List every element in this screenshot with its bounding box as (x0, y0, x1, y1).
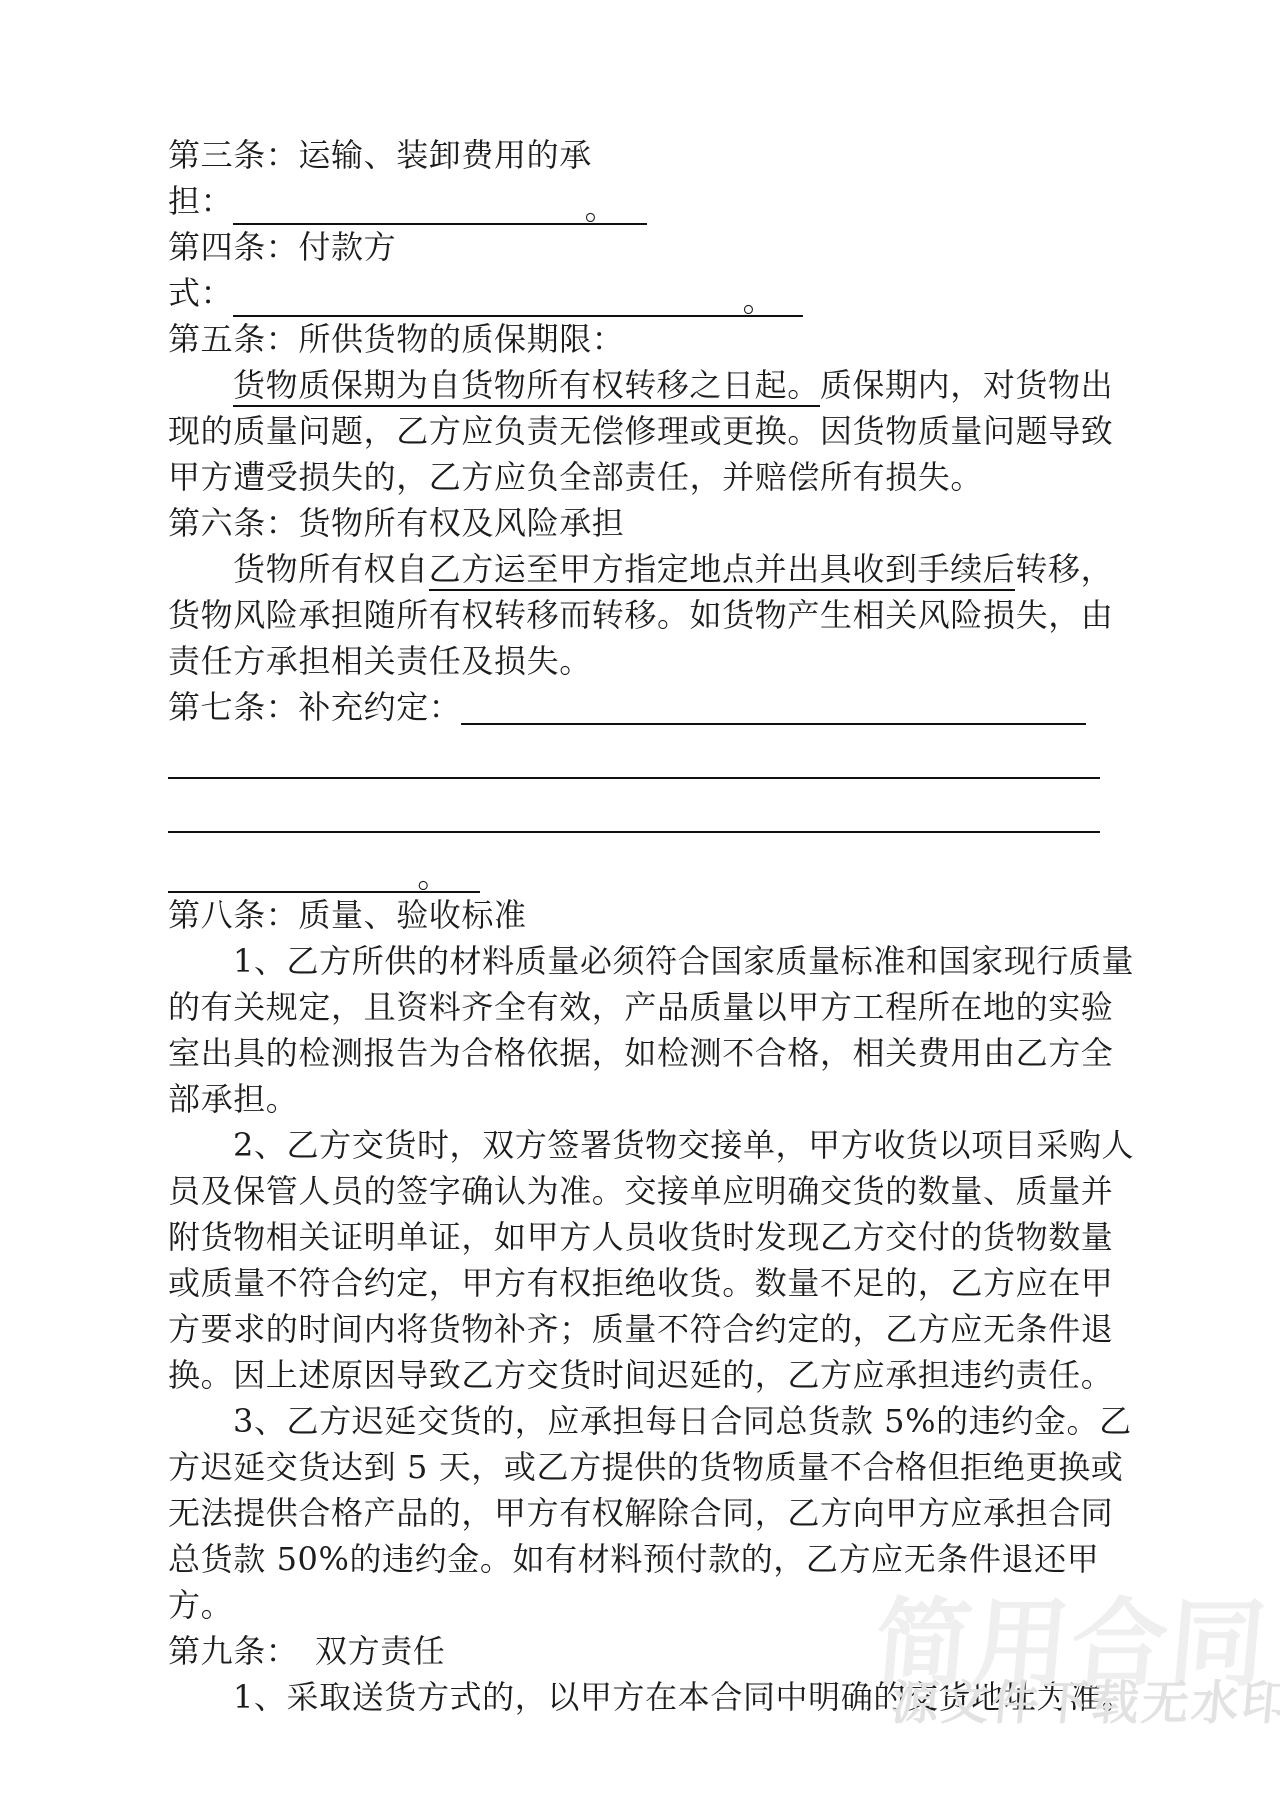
document-line (168, 792, 1118, 838)
document-line: 第五条：所供货物的质保期限： (168, 316, 1118, 362)
text-run: 3、乙方迟延交货的，应承担每日合同总货款 5%的违约金。乙 (233, 1402, 1132, 1440)
text-run: 或质量不符合约定，甲方有权拒绝收货。数量不足的，乙方应在甲 (168, 1264, 1113, 1302)
document-line (168, 738, 1118, 784)
text-run: 货物所有权自 (233, 550, 429, 588)
text-run: 的有关规定，且资料齐全有效，产品质量以甲方工程所在地的实验 (168, 988, 1113, 1026)
document-line: 第六条：货物所有权及风险承担 (168, 500, 1118, 546)
text-run: 甲方遭受损失的，乙方应负全部责任，并赔偿所有损失。 (168, 458, 983, 496)
underlined-clause: 乙方运至甲方指定地点并出具收到手续后 (429, 550, 1016, 591)
text-run: 责任方承担相关责任及损失。 (168, 642, 592, 680)
text-run: 方。 (168, 1586, 233, 1624)
document-line: 。 (168, 846, 1118, 892)
document-line: 式：。 (168, 270, 1118, 316)
blank-underline: 。 (233, 277, 803, 317)
document-line: 或质量不符合约定，甲方有权拒绝收货。数量不足的，乙方应在甲 (168, 1260, 1118, 1306)
document-line: 员及保管人员的签字确认为准。交接单应明确交货的数量、质量并 (168, 1168, 1118, 1214)
contract-page: 第三条：运输、装卸费用的承担：。第四条：付款方式：。第五条：所供货物的质保期限：… (168, 132, 1118, 1720)
text-run: 式： (168, 274, 233, 312)
text-run: 第三条：运输、装卸费用的承 (168, 136, 592, 174)
text-run: 质保期内，对货物出 (820, 366, 1113, 404)
text-run: 现的质量问题，乙方应负责无偿修理或更换。因货物质量问题导致 (168, 412, 1113, 450)
document-line: 室出具的检测报告为合格依据，如检测不合格，相关费用由乙方全 (168, 1030, 1118, 1076)
text-run: 第九条： 双方责任 (168, 1632, 445, 1670)
document-line: 责任方承担相关责任及损失。 (168, 638, 1118, 684)
text-run: 转移， (1015, 550, 1113, 588)
text-run: 第八条：质量、验收标准 (168, 896, 527, 934)
document-line: 方要求的时间内将货物补齐；质量不符合约定的，乙方应无条件退 (168, 1306, 1118, 1352)
document-line: 第四条：付款方 (168, 224, 1118, 270)
text-run: 方要求的时间内将货物补齐；质量不符合约定的，乙方应无条件退 (168, 1310, 1113, 1348)
document-line: 方迟延交货达到 5 天，或乙方提供的货物质量不合格但拒绝更换或 (168, 1444, 1118, 1490)
document-line: 现的质量问题，乙方应负责无偿修理或更换。因货物质量问题导致 (168, 408, 1118, 454)
blank-underline: 。 (233, 185, 647, 225)
document-line: 2、乙方交货时，双方签署货物交接单，甲方收货以项目采购人 (168, 1122, 1118, 1168)
document-line: 货物质保期为自货物所有权转移之日起。质保期内，对货物出 (168, 362, 1118, 408)
document-line: 无法提供合格产品的，甲方有权解除合同，乙方向甲方应承担合同 (168, 1490, 1118, 1536)
text-run: 方迟延交货达到 5 天，或乙方提供的货物质量不合格但拒绝更换或 (168, 1448, 1123, 1486)
blank-underline (461, 685, 1086, 725)
document-line: 部承担。 (168, 1076, 1118, 1122)
document-line: 附货物相关证明单证，如甲方人员收货时发现乙方交付的货物数量 (168, 1214, 1118, 1260)
document-line: 的有关规定，且资料齐全有效，产品质量以甲方工程所在地的实验 (168, 984, 1118, 1030)
text-run: 第六条：货物所有权及风险承担 (168, 504, 624, 542)
document-line: 货物风险承担随所有权转移而转移。如货物产生相关风险损失，由 (168, 592, 1118, 638)
text-run: 2、乙方交货时，双方签署货物交接单，甲方收货以项目采购人 (233, 1126, 1134, 1164)
document-line: 担：。 (168, 178, 1118, 224)
blank-underline (168, 739, 1100, 779)
document-line: 甲方遭受损失的，乙方应负全部责任，并赔偿所有损失。 (168, 454, 1118, 500)
text-run: 附货物相关证明单证，如甲方人员收货时发现乙方交付的货物数量 (168, 1218, 1113, 1256)
text-run: 员及保管人员的签字确认为准。交接单应明确交货的数量、质量并 (168, 1172, 1113, 1210)
text-run: 第五条：所供货物的质保期限： (168, 320, 624, 358)
text-run: 货物风险承担随所有权转移而转移。如货物产生相关风险损失，由 (168, 596, 1113, 634)
text-run: 换。因上述原因导致乙方交货时间迟延的，乙方应承担违约责任。 (168, 1356, 1113, 1394)
blank-underline: 。 (168, 853, 480, 893)
watermark-tagline: 源文件下载无水印 (889, 1666, 1280, 1733)
document-line: 第三条：运输、装卸费用的承 (168, 132, 1118, 178)
document-line: 第八条：质量、验收标准 (168, 892, 1118, 938)
underlined-clause: 货物质保期为自货物所有权转移之日起。 (233, 366, 820, 407)
text-run: 1、乙方所供的材料质量必须符合国家质量标准和国家现行质量 (233, 942, 1134, 980)
document-line: 3、乙方迟延交货的，应承担每日合同总货款 5%的违约金。乙 (168, 1398, 1118, 1444)
document-line: 货物所有权自乙方运至甲方指定地点并出具收到手续后转移， (168, 546, 1118, 592)
text-run: 室出具的检测报告为合格依据，如检测不合格，相关费用由乙方全 (168, 1034, 1113, 1072)
text-run: 无法提供合格产品的，甲方有权解除合同，乙方向甲方应承担合同 (168, 1494, 1113, 1532)
document-line: 换。因上述原因导致乙方交货时间迟延的，乙方应承担违约责任。 (168, 1352, 1118, 1398)
text-run: 第四条：付款方 (168, 228, 396, 266)
blank-underline (168, 793, 1100, 833)
text-run: 担： (168, 182, 233, 220)
document-line: 1、乙方所供的材料质量必须符合国家质量标准和国家现行质量 (168, 938, 1118, 984)
document-line: 第七条：补充约定： (168, 684, 1118, 730)
text-run: 第七条：补充约定： (168, 688, 461, 726)
text-run: 部承担。 (168, 1080, 298, 1118)
